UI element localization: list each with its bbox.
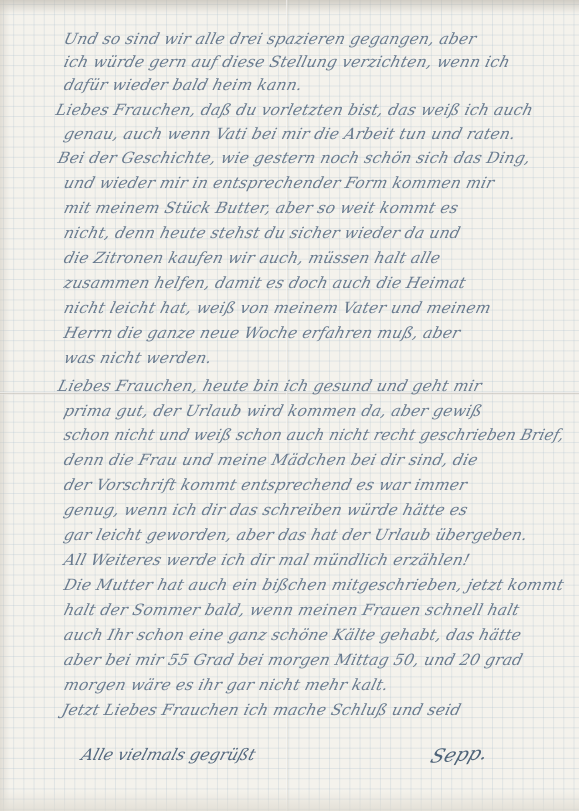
letter-line: All Weiteres werde ich dir mal mündlich … <box>62 551 472 569</box>
letter-line: aber bei mir 55 Grad bei morgen Mittag 5… <box>62 651 525 669</box>
letter-line: Jetzt Liebes Frauchen ich mache Schluß u… <box>60 701 463 719</box>
letter-line: gar leicht geworden, aber das hat der Ur… <box>62 526 530 544</box>
paper-left-edge-shadow <box>0 0 10 811</box>
letter-line: auch Ihr schon eine ganz schöne Kälte ge… <box>62 626 523 644</box>
letter-page: Und so sind wir alle drei spazieren gega… <box>0 0 579 811</box>
letter-line: genug, wenn ich dir das schreiben würde … <box>62 501 470 519</box>
letter-line: dafür wieder bald heim kann. <box>62 76 304 94</box>
letter-line: morgen wäre es ihr gar nicht mehr kalt. <box>62 676 390 694</box>
letter-signature: Sepp. <box>428 742 491 768</box>
letter-line: schon nicht und weiß schon auch nicht re… <box>62 426 566 444</box>
letter-line: ich würde gern auf diese Stellung verzic… <box>62 53 512 71</box>
letter-line: nicht leicht hat, weiß von meinem Vater … <box>62 299 493 317</box>
bottom-fold-shadow <box>0 790 579 811</box>
paper-top-edge-shadow <box>0 0 579 14</box>
letter-closing: Alle vielmals gegrüßt <box>79 745 258 764</box>
letter-line: Liebes Frauchen, heute bin ich gesund un… <box>56 377 484 395</box>
letter-line: Liebes Frauchen, daß du vorletzten bist,… <box>54 101 535 119</box>
letter-line: die Zitronen kaufen wir auch, müssen hal… <box>62 249 443 267</box>
letter-line: was nicht werden. <box>62 349 214 367</box>
letter-line: der Vorschrift kommt entsprechend es war… <box>62 476 469 494</box>
letter-line: zusammen helfen, damit es doch auch die … <box>62 274 468 292</box>
letter-line: nicht, denn heute stehst du sicher wiede… <box>62 224 462 242</box>
letter-line: Und so sind wir alle drei spazieren gega… <box>62 30 478 48</box>
letter-line: denn die Frau und meine Mädchen bei dir … <box>62 451 480 469</box>
letter-line: genau, auch wenn Vati bei mir die Arbeit… <box>62 125 518 143</box>
letter-line: Die Mutter hat auch ein bißchen mitgesch… <box>62 576 566 594</box>
letter-line: Herrn die ganze neue Woche erfahren muß,… <box>62 324 462 342</box>
letter-line: mit meinem Stück Butter, aber so weit ko… <box>62 199 460 217</box>
letter-line: prima gut, der Urlaub wird kommen da, ab… <box>62 402 484 420</box>
letter-line: Bei der Geschichte, wie gestern noch sch… <box>56 149 532 167</box>
letter-line: halt der Sommer bald, wenn meinen Frauen… <box>62 601 521 619</box>
letter-line: und wieder mir in entsprechender Form ko… <box>62 174 496 192</box>
